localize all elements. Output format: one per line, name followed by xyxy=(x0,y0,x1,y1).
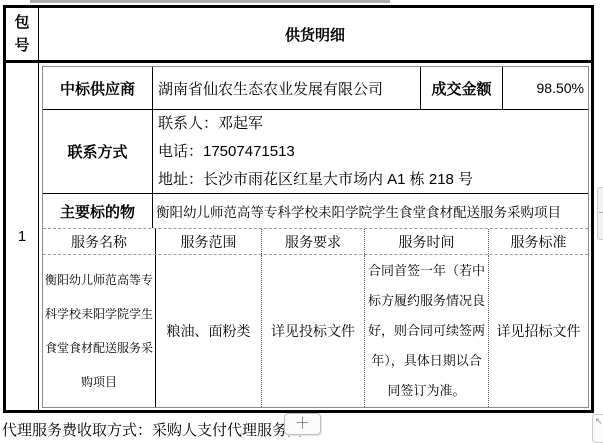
top-scrollbar-fragment xyxy=(30,0,390,3)
package-number-cell: 1 xyxy=(6,63,39,410)
table-title-cell: 供货明细 xyxy=(39,8,591,60)
supplier-value: 湖南省仙农生态农业发展有限公司 xyxy=(153,67,421,109)
right-scrollbar-fragment[interactable] xyxy=(597,187,603,240)
contact-person-line: 联系人：邓起军 xyxy=(158,110,588,138)
arrow-up-left-icon: ↖ xyxy=(595,416,603,427)
page: { "table": { "package_col_header": "包号",… xyxy=(0,0,603,443)
amount-label: 成交金额 xyxy=(421,67,503,109)
agency-fee-text: 代理服务费收取方式：采购人支付代理服务费 xyxy=(2,419,302,440)
contact-phone-line: 电话：17507471513 xyxy=(158,138,588,166)
service-data-row: 衡阳幼儿师范高等专科学校耒阳学院学生食堂食材配送服务采购项目 粮油、面粉类 详见… xyxy=(43,255,588,407)
service-header-requirement: 服务要求 xyxy=(261,229,364,254)
service-time-text: 合同首签一年（若中标方履约服务情况良好，则合同可续签两年），具体日期以合同签订为… xyxy=(367,256,487,406)
service-header-scope: 服务范围 xyxy=(155,229,261,254)
supply-detail-table: 包号 供货明细 1 中标供应商 湖南省仙农生态农业发展有限公司 成交金额 98.… xyxy=(3,5,594,413)
contact-row: 联系方式 联系人：邓起军 电话：17507471513 地址：长沙市雨花区红星大… xyxy=(43,110,588,194)
contact-value: 联系人：邓起军 电话：17507471513 地址：长沙市雨花区红星大市场内 A… xyxy=(153,110,588,193)
service-scope-cell: 粮油、面粉类 xyxy=(155,255,261,407)
contact-address-line: 地址：长沙市雨花区红星大市场内 A1 栋 218 号 xyxy=(158,166,588,194)
table-body-row: 1 中标供应商 湖南省仙农生态农业发展有限公司 成交金额 98.50% 联系方式… xyxy=(6,63,591,410)
corner-widget-button[interactable]: ↖ xyxy=(592,414,603,443)
supplier-row: 中标供应商 湖南省仙农生态农业发展有限公司 成交金额 98.50% xyxy=(43,67,588,110)
table-title: 供货明细 xyxy=(285,24,345,45)
service-header-standard: 服务标准 xyxy=(488,229,588,254)
amount-value: 98.50% xyxy=(503,67,588,109)
service-standard-cell: 详见招标文件 xyxy=(488,255,588,407)
service-header-time: 服务时间 xyxy=(364,229,488,254)
service-header-row: 服务名称 服务范围 服务要求 服务时间 服务标准 xyxy=(43,229,588,255)
contact-label: 联系方式 xyxy=(43,110,153,193)
package-number-value: 1 xyxy=(18,228,26,245)
supplier-label: 中标供应商 xyxy=(43,67,153,109)
service-name-text: 衡阳幼儿师范高等专科学校耒阳学院学生食堂食材配送服务采购项目 xyxy=(44,263,154,399)
inner-table-wrap: 中标供应商 湖南省仙农生态农业发展有限公司 成交金额 98.50% 联系方式 联… xyxy=(39,63,591,410)
package-number-header-cell: 包号 xyxy=(6,8,39,60)
service-name-cell: 衡阳幼儿师范高等专科学校耒阳学院学生食堂食材配送服务采购项目 xyxy=(43,255,155,407)
subject-label: 主要标的物 xyxy=(43,194,153,228)
package-number-header-label: 包号 xyxy=(14,11,30,57)
inner-table: 中标供应商 湖南省仙农生态农业发展有限公司 成交金额 98.50% 联系方式 联… xyxy=(42,66,589,408)
table-header-row: 包号 供货明细 xyxy=(6,8,591,63)
service-header-name: 服务名称 xyxy=(43,229,155,254)
subject-value: 衡阳幼儿师范高等专科学校耒阳学院学生食堂食材配送服务采购项目 xyxy=(153,194,588,228)
service-time-cell: 合同首签一年（若中标方履约服务情况良好，则合同可续签两年），具体日期以合同签订为… xyxy=(364,255,488,407)
add-button[interactable]: ＋ xyxy=(284,413,321,435)
service-requirement-cell: 详见投标文件 xyxy=(261,255,364,407)
subject-row: 主要标的物 衡阳幼儿师范高等专科学校耒阳学院学生食堂食材配送服务采购项目 xyxy=(43,194,588,229)
